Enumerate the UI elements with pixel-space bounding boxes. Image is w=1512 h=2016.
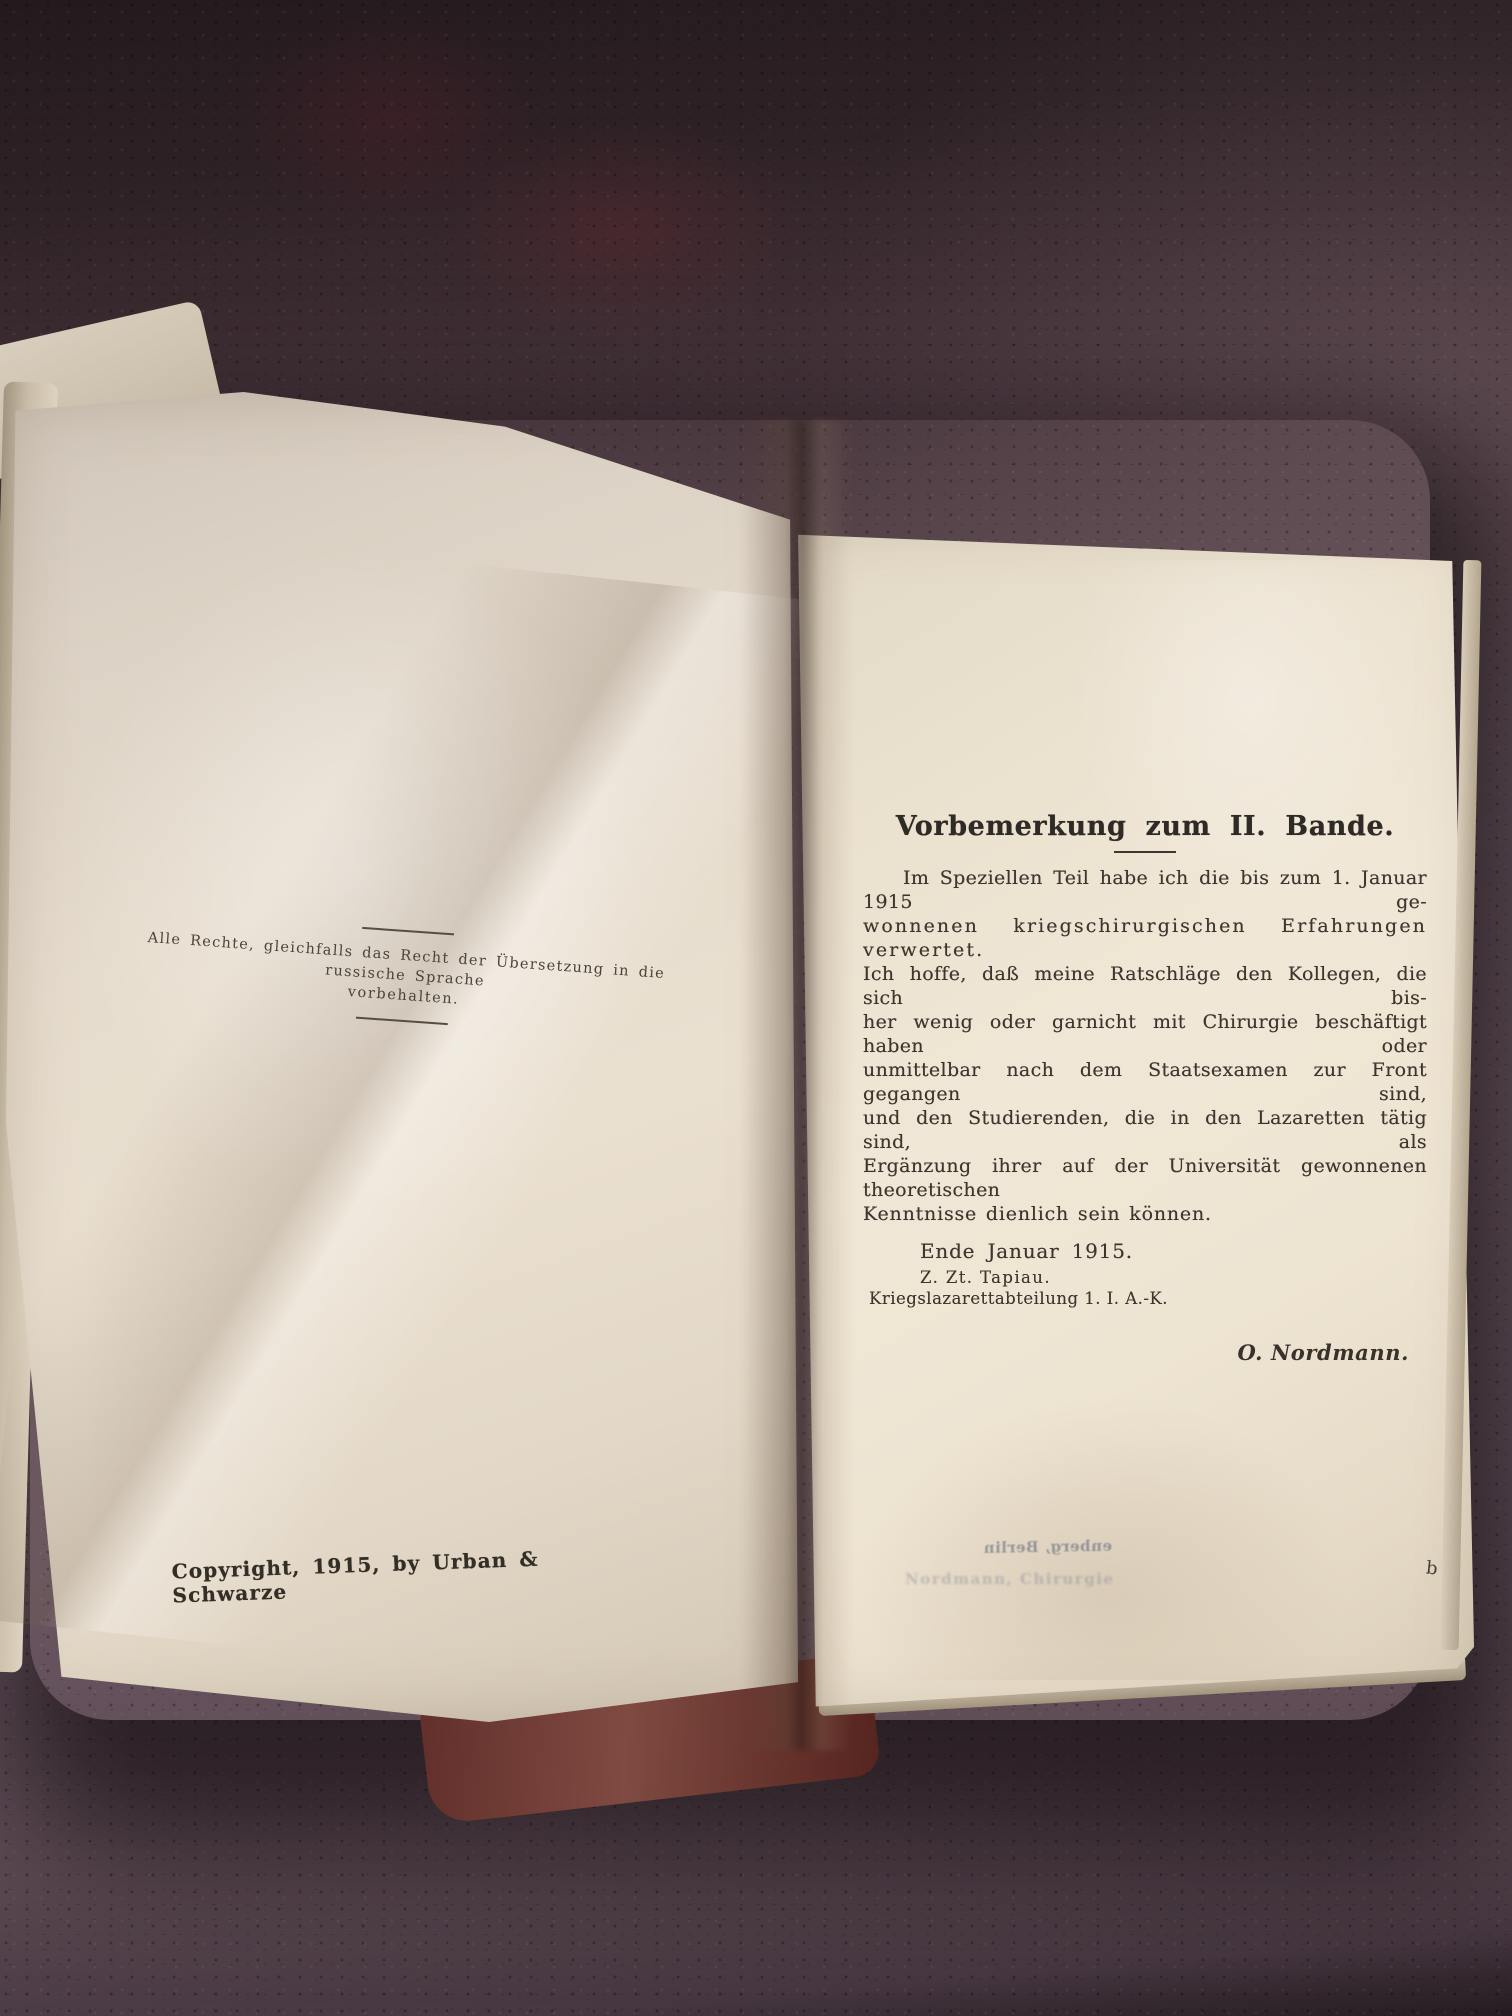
paragraph-line: Im Speziellen Teil habe ich die bis zum … (863, 866, 1427, 914)
paragraph-line: her wenig oder garnicht mit Chirurgie be… (863, 1010, 1427, 1058)
paragraph-line: unmittelbar nach dem Staatsexamen zur Fr… (863, 1058, 1427, 1106)
paragraph-line: wonnenen kriegschirurgischen Erfahrungen… (863, 914, 1427, 962)
place-line: Z. Zt. Tapiau. (863, 1268, 1427, 1287)
preface-text-column: Vorbemerkung zum II. Bande. Im Spezielle… (863, 810, 1427, 1365)
paragraph-line: und den Studierenden, die in den Lazaret… (863, 1106, 1427, 1154)
rule-below-heading (1114, 851, 1176, 853)
author-signature: O. Nordmann. (863, 1340, 1427, 1365)
preface-heading: Vorbemerkung zum II. Bande. (863, 810, 1427, 844)
left-page (6, 392, 798, 1722)
unit-line: Kriegslazarettabteilung 1. I. A.-K. (863, 1289, 1427, 1308)
preface-paragraph: Im Speziellen Teil habe ich die bis zum … (863, 866, 1427, 1226)
show-through-text-faint: Nordmann, Chirurgie (905, 1570, 1165, 1588)
book-gutter-shadow (742, 420, 852, 1750)
paragraph-line: Ich hoffe, daß meine Ratschläge den Koll… (863, 962, 1427, 1010)
printers-signature-mark: b (1425, 1557, 1439, 1579)
paragraph-line: Kenntnisse dienlich sein können. (863, 1202, 1427, 1226)
date-line: Ende Januar 1915. (863, 1239, 1427, 1263)
show-through-text-mirrored: enberg, Berlin (962, 1537, 1112, 1558)
paragraph-line: Ergänzung ihrer auf der Universität gewo… (863, 1154, 1427, 1202)
photo-open-book-on-carpet: Alle Rechte, gleichfalls das Recht der Ü… (0, 0, 1512, 2016)
